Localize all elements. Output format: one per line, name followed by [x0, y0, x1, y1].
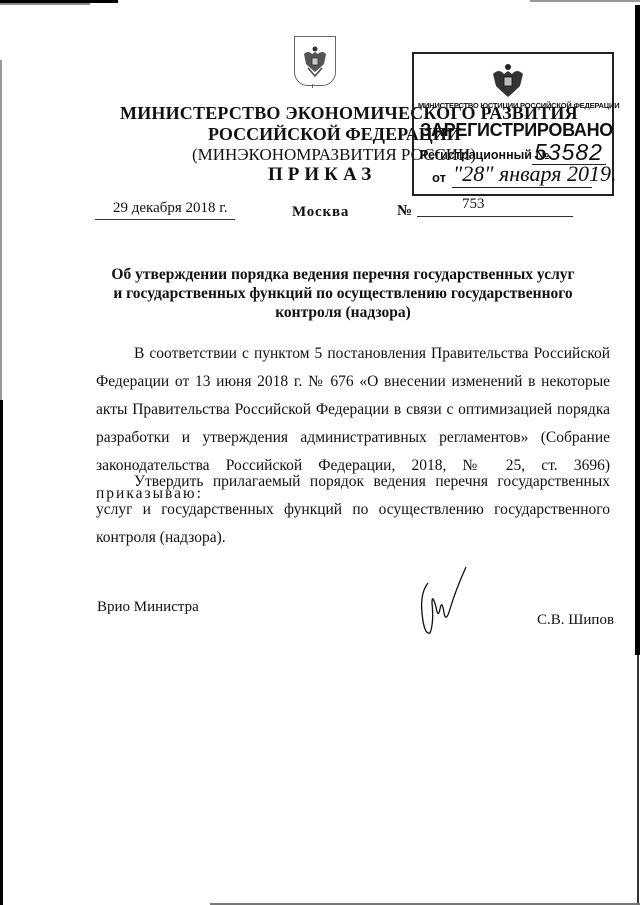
document-city: Москва [292, 204, 349, 221]
title-line: и государственных функций по осуществлен… [100, 284, 586, 303]
stamp-reg-number-label: Регистрационный № [420, 148, 549, 162]
stamp-status: ЗАРЕГИСТРИРОВАНО [420, 120, 613, 141]
signatory-name: С.В. Шипов [537, 612, 614, 629]
document-type: ПРИКАЗ [268, 164, 376, 186]
stamp-date-label: от [432, 170, 446, 185]
title-line: Об утверждении порядка ведения перечня г… [100, 265, 586, 284]
document-number-underline [417, 216, 573, 217]
scan-edge-top-shadow [0, 3, 90, 5]
scan-edge-top-right [530, 0, 640, 2]
document-title: Об утверждении порядка ведения перечня г… [100, 265, 586, 322]
document-date-underline [95, 219, 235, 220]
stamp-eagle-icon [490, 62, 526, 100]
scan-edge-right-lower [637, 655, 639, 905]
scan-edge-left-lower [0, 400, 3, 905]
scan-edge-right-upper [635, 5, 640, 655]
handwritten-signature-icon [418, 563, 468, 639]
scan-edge-left-upper [0, 60, 2, 400]
document-date: 29 декабря 2018 г. [113, 200, 228, 217]
emblem-tip [312, 84, 313, 88]
preamble-text: В соответствии с пунктом 5 постановления… [96, 345, 610, 474]
double-headed-eagle-icon [300, 44, 330, 78]
stamp-date-handwritten: "28" января 2019. [453, 161, 616, 187]
document-number-label: № [397, 203, 412, 220]
stamp-ministry-name: МИНИСТЕРСТВО ЮСТИЦИИ РОССИЙСКОЙ ФЕДЕРАЦИ… [418, 101, 619, 110]
paragraph-resolution: Утвердить прилагаемый порядок ведения пе… [96, 468, 610, 552]
coat-of-arms-icon [294, 36, 336, 86]
signatory-role: Врио Министра [97, 599, 199, 616]
document-number: 753 [462, 196, 485, 213]
stamp-date-underline [452, 187, 592, 188]
title-line: контроля (надзора) [100, 303, 586, 322]
